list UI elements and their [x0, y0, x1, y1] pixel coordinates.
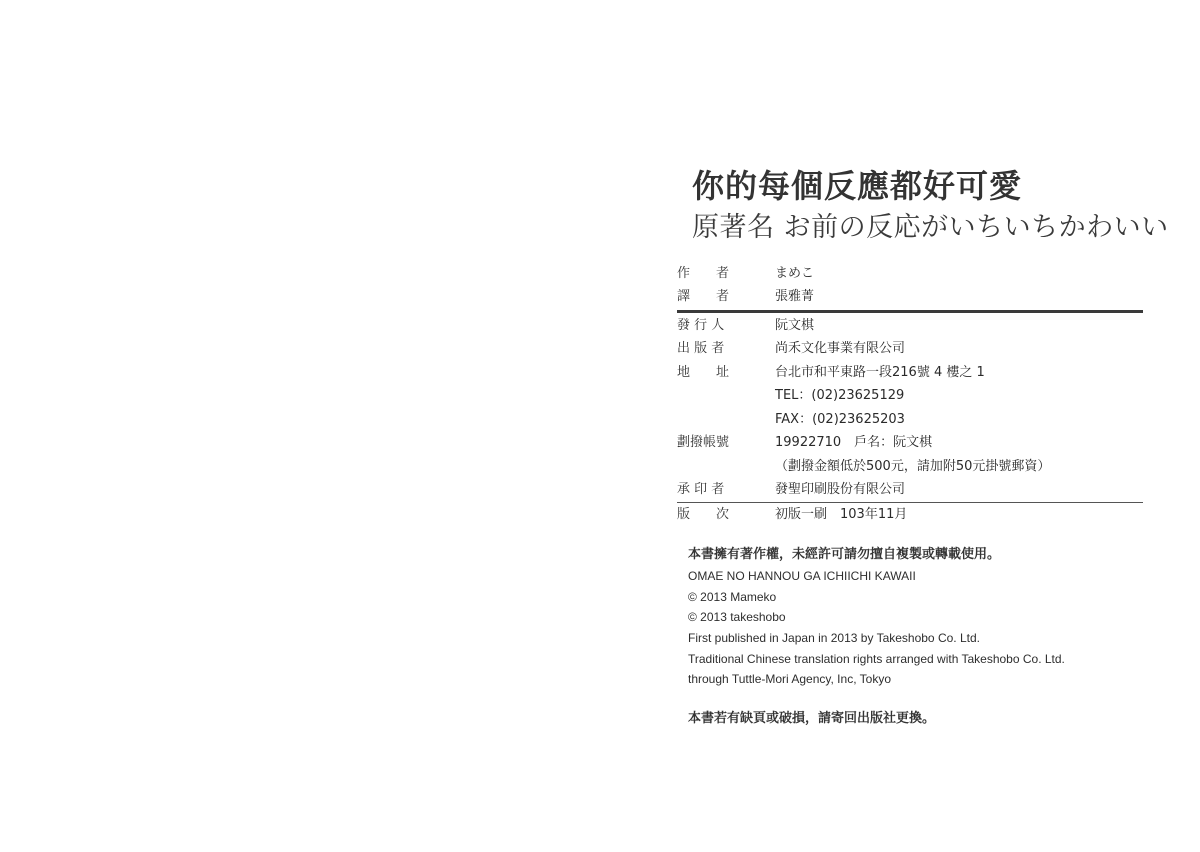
- credit-row-postal-account: 劃撥帳號 19922710 戶名：阮文棋: [677, 432, 1143, 456]
- credit-label: 發 行 人: [677, 318, 775, 334]
- credit-row-author: 作 者 まめこ: [677, 262, 1143, 286]
- credit-label: 劃撥帳號: [677, 435, 775, 451]
- credit-value: 張雅菁: [775, 289, 814, 305]
- credit-value: TEL：(02)23625129: [775, 388, 904, 404]
- credit-label: 譯 者: [677, 289, 775, 305]
- credit-row-edition: 版 次 初版一刷 103年11月: [677, 503, 1143, 527]
- credit-row-publisher: 出 版 者 尚禾文化事業有限公司: [677, 338, 1143, 362]
- copyright-line: © 2013 takeshobo: [688, 607, 1065, 628]
- credit-label: 版 次: [677, 507, 775, 523]
- rights-notice: 本書擁有著作權，未經許可請勿擅自複製或轉載使用。: [688, 544, 1065, 566]
- copyright-line: OMAE NO HANNOU GA ICHIICHI KAWAII: [688, 566, 1065, 587]
- credit-row-fax: FAX：(02)23625203: [677, 408, 1143, 432]
- copyright-line: © 2013 Mameko: [688, 587, 1065, 608]
- defect-notice: 本書若有缺頁或破損，請寄回出版社更換。: [688, 707, 935, 726]
- credit-label: 承 印 者: [677, 482, 775, 498]
- credit-row-translator: 譯 者 張雅菁: [677, 286, 1143, 310]
- credit-value: （劃撥金額低於500元，請加附50元掛號郵資）: [775, 459, 1050, 475]
- credit-label: 地 址: [677, 365, 775, 381]
- credit-row-printer: 承 印 者 發聖印刷股份有限公司: [677, 479, 1143, 503]
- book-title: 你的每個反應都好可愛: [692, 168, 1022, 204]
- original-title: 原著名 お前の反応がいちいちかわいい: [692, 211, 1169, 245]
- credit-value: 阮文棋: [775, 318, 814, 334]
- credit-value: 台北市和平東路一段216號 4 樓之 1: [775, 365, 985, 381]
- credit-row-address: 地 址 台北市和平東路一段216號 4 樓之 1: [677, 361, 1143, 385]
- credit-value: まめこ: [775, 266, 814, 282]
- credit-value: 19922710 戶名：阮文棋: [775, 435, 932, 451]
- copyright-line: through Tuttle-Mori Agency, Inc, Tokyo: [688, 669, 1065, 690]
- credit-label: 出 版 者: [677, 341, 775, 357]
- copyright-block: 本書擁有著作權，未經許可請勿擅自複製或轉載使用。 OMAE NO HANNOU …: [688, 544, 1065, 690]
- credit-label: 作 者: [677, 266, 775, 282]
- credits-table: 作 者 まめこ 譯 者 張雅菁 發 行 人 阮文棋 出 版 者 尚禾文化事業有限…: [677, 262, 1143, 527]
- credit-row-publisher-person: 發 行 人 阮文棋: [677, 314, 1143, 338]
- credit-row-tel: TEL：(02)23625129: [677, 385, 1143, 409]
- divider-thick: [677, 310, 1143, 313]
- credit-row-postal-note: （劃撥金額低於500元，請加附50元掛號郵資）: [677, 455, 1143, 479]
- colophon-page: 你的每個反應都好可愛 原著名 お前の反応がいちいちかわいい 作 者 まめこ 譯 …: [0, 0, 1200, 852]
- credit-value: 發聖印刷股份有限公司: [775, 482, 905, 498]
- credit-value: 初版一刷 103年11月: [775, 507, 907, 523]
- credit-value: FAX：(02)23625203: [775, 412, 905, 428]
- copyright-line: Traditional Chinese translation rights a…: [688, 649, 1065, 670]
- copyright-line: First published in Japan in 2013 by Take…: [688, 628, 1065, 649]
- credit-value: 尚禾文化事業有限公司: [775, 341, 905, 357]
